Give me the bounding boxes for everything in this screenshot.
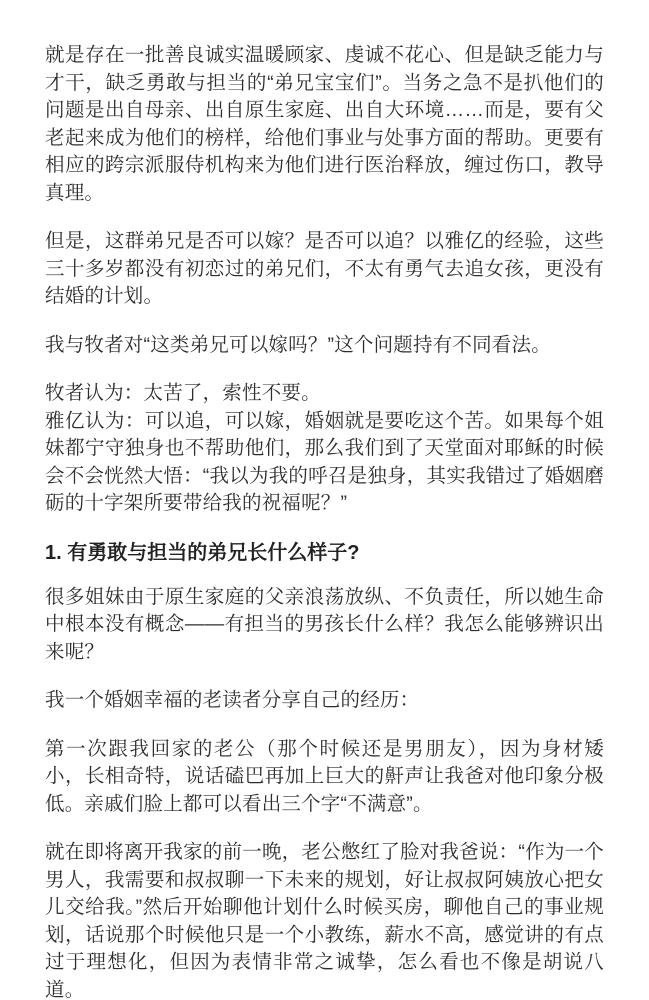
intro-paragraph-3: 我与牧者对“这类弟兄可以嫁吗？”这个问题持有不同看法。 <box>45 332 604 360</box>
section-1-heading: 1. 有勇敢与担当的弟兄长什么样子? <box>45 539 604 567</box>
section-1-paragraph-4: 就在即将离开我家的前一晚，老公憋红了脸对我爸说：“作为一个男人，我需要和叔叔聊一… <box>45 839 604 1000</box>
section-1-paragraph-2: 我一个婚姻幸福的老读者分享自己的经历： <box>45 687 604 715</box>
intro-paragraph-2: 但是，这群弟兄是否可以嫁？是否可以追？以雅亿的经验，这些三十多岁都没有初恋过的弟… <box>45 228 604 311</box>
section-1-paragraph-3: 第一次跟我回家的老公（那个时候还是男朋友），因为身材矮小，长相奇特，说话磕巴再加… <box>45 736 604 819</box>
article-page: 就是存在一批善良诚实温暖顾家、虔诚不花心、但是缺乏能力与才干，缺乏勇敢与担当的“… <box>0 0 649 1000</box>
yayi-opinion-line: 雅亿认为：可以追，可以嫁，婚姻就是要吃这个苦。如果每个姐妹都宁守独身也不帮助他们… <box>45 408 604 518</box>
dialogue-block: 牧者认为：太苦了，索性不要。 雅亿认为：可以追，可以嫁，婚姻就是要吃这个苦。如果… <box>45 380 604 518</box>
pastor-opinion-line: 牧者认为：太苦了，索性不要。 <box>45 380 604 408</box>
intro-paragraph-1: 就是存在一批善良诚实温暖顾家、虔诚不花心、但是缺乏能力与才干，缺乏勇敢与担当的“… <box>45 42 604 207</box>
section-1-paragraph-1: 很多姐妹由于原生家庭的父亲浪荡放纵、不负责任，所以她生命中根本没有概念——有担当… <box>45 584 604 667</box>
